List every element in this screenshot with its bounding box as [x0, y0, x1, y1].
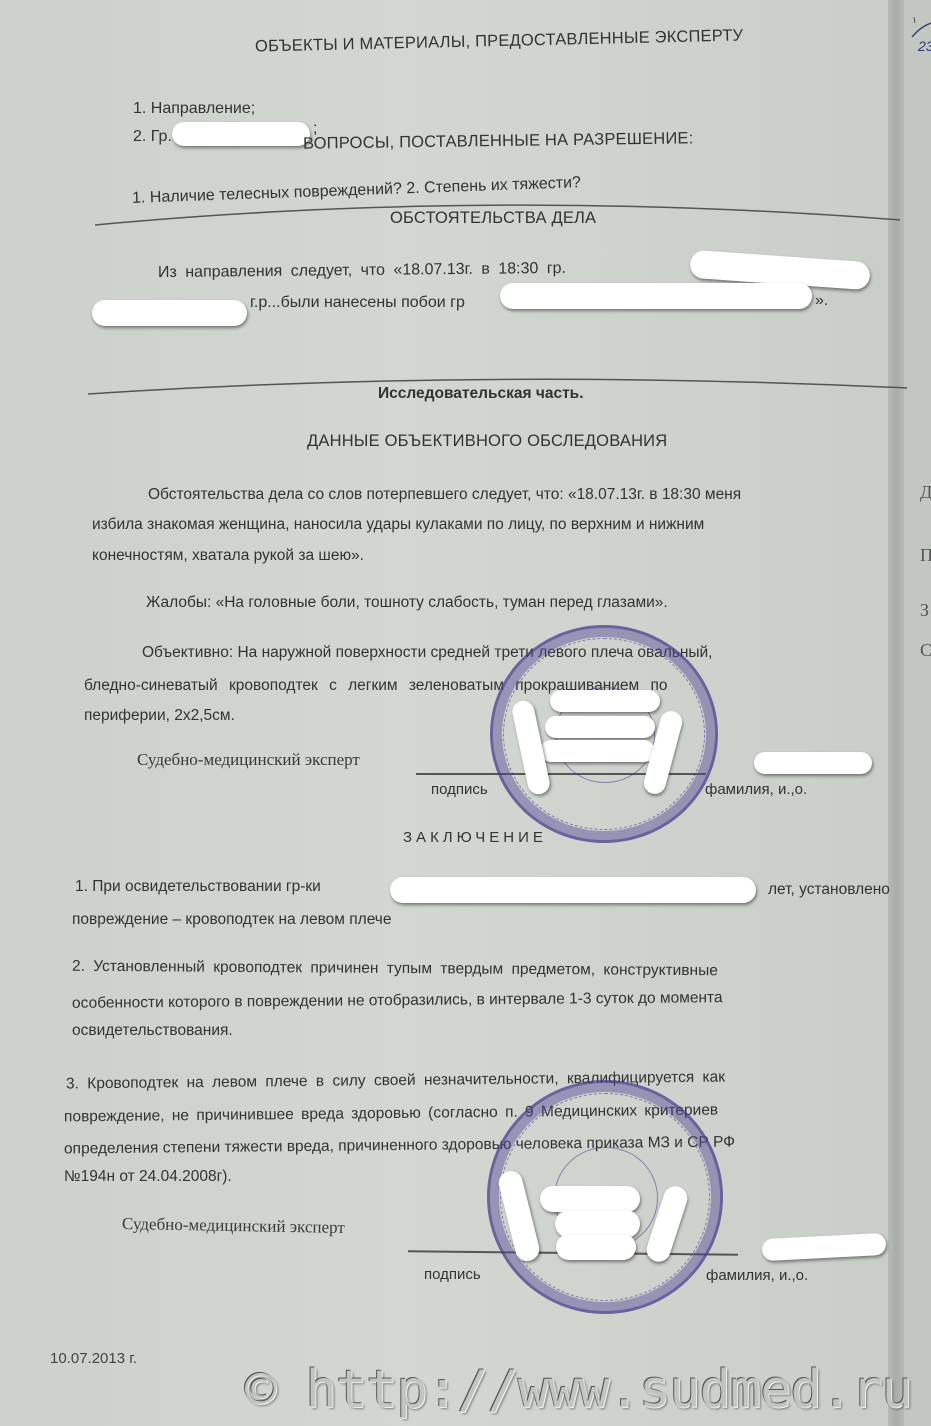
redacted-stamp	[545, 716, 655, 738]
objects-item-2: 2. Гр.	[133, 128, 172, 146]
handwritten-margin-mark-icon	[910, 5, 931, 65]
redacted-stamp	[540, 1186, 640, 1212]
objective-line: периферии, 2х2,5см.	[84, 707, 235, 725]
circumstances-heading: ОБСТОЯТЕЛЬСТВА ДЕЛА	[390, 209, 596, 228]
research-heading: Исследовательская часть.	[378, 385, 584, 403]
conclusion-3-line: №194н от 24.04.2008г).	[64, 1168, 232, 1186]
redacted-name	[754, 752, 872, 774]
objects-item-1: 1. Направление;	[133, 100, 255, 118]
adjacent-page-edge	[904, 0, 931, 1426]
handwritten-page-number: 23	[918, 38, 931, 54]
conclusion-1-line-2: повреждение – кровоподтек на левом плече	[72, 911, 392, 929]
adjacent-page-letter: Д	[920, 482, 931, 503]
conclusion-2-line: освидетельствования.	[72, 1022, 233, 1040]
signature-label: подпись	[424, 1266, 481, 1283]
adjacent-page-letter: С	[920, 640, 931, 661]
name-label: фамилия, и.,о.	[706, 1267, 808, 1284]
redacted-name	[390, 877, 756, 903]
exam-heading: ДАННЫЕ ОБЪЕКТИВНОГО ОБСЛЕДОВАНИЯ	[307, 432, 667, 451]
adjacent-page-letter: П	[920, 545, 931, 566]
redacted-stamp	[540, 740, 655, 762]
document-date: 10.07.2013 г.	[50, 1350, 137, 1367]
redacted-stamp	[550, 690, 660, 712]
exam-paragraph-line: избила знакомая женщина, наносила удары …	[92, 516, 704, 534]
expert-title: Судебно-медицинский эксперт	[137, 750, 360, 770]
redacted-stamp	[556, 1234, 636, 1260]
redacted-name	[500, 283, 812, 309]
redacted-name	[92, 300, 247, 326]
conclusion-1-end: лет, установлено	[768, 881, 890, 899]
adjacent-page-letter: З	[920, 600, 929, 621]
signature-label: подпись	[431, 781, 488, 798]
complaints-text: Жалобы: «На головные боли, тошноту слабо…	[146, 594, 668, 612]
redacted-name	[172, 122, 310, 146]
conclusion-1-start: 1. При освидетельствовании гр-ки	[75, 878, 321, 896]
name-label: фамилия, и.,о.	[705, 781, 807, 798]
exam-paragraph-line: Обстоятельства дела со слов потерпевшего…	[148, 486, 741, 504]
conclusion-heading: ЗАКЛЮЧЕНИЕ	[403, 829, 547, 846]
circumstances-line-2-end: ».	[815, 292, 828, 310]
circumstances-line-2: г.р...были нанесены побои гр	[250, 294, 465, 312]
watermark: © http://www.sudmed.ru	[245, 1360, 912, 1420]
exam-paragraph-line: конечностям, хватала рукой за шею».	[92, 547, 364, 565]
expert-title: Судебно-медицинский эксперт	[122, 1214, 345, 1238]
